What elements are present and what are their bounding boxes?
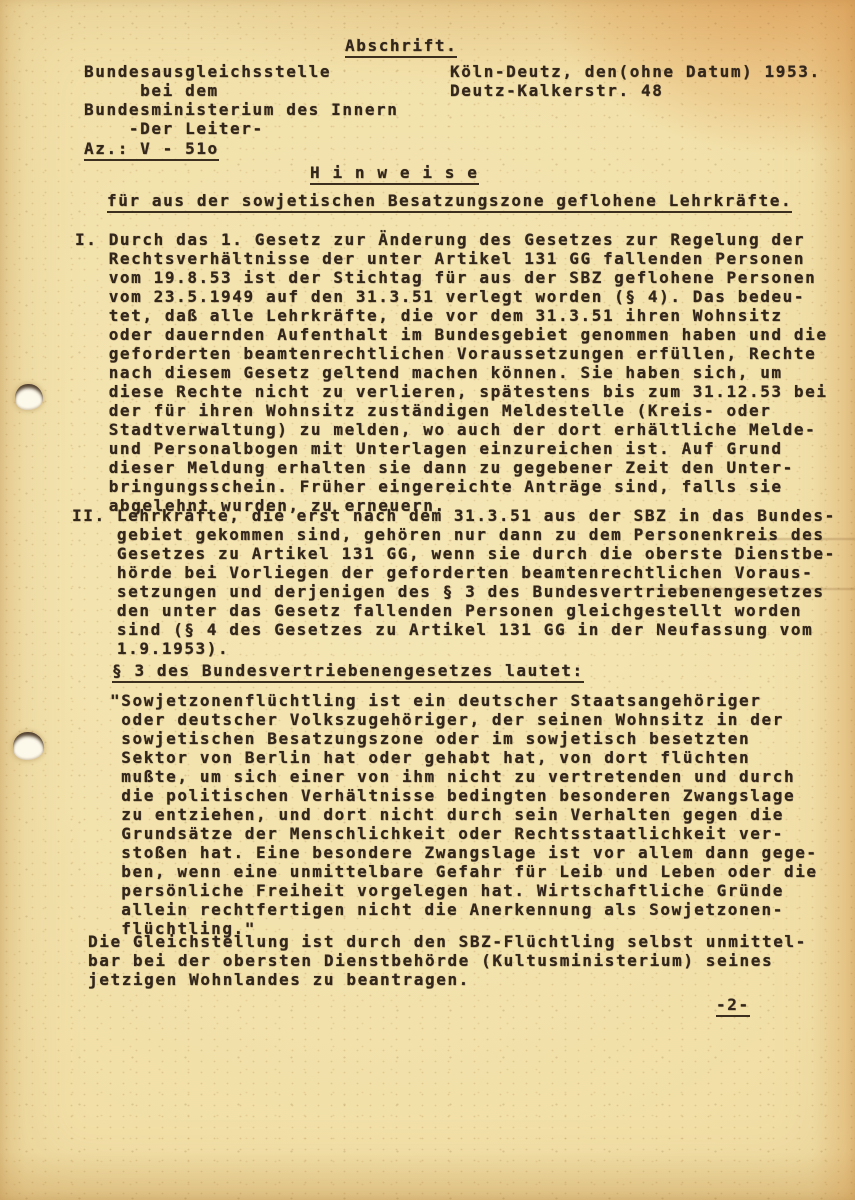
sender-address: Bundesausgleichsstelle bei dem Bundesmin… xyxy=(84,62,399,138)
punch-hole-top xyxy=(15,384,43,410)
file-reference: Az.: V - 51o xyxy=(84,139,219,161)
paper-sheet: Abschrift. Bundesausgleichsstelle bei de… xyxy=(0,0,855,1200)
closing-paragraph: Die Gleichstellung ist durch den SBZ-Flü… xyxy=(88,932,807,989)
section-ii: II. Lehrkräfte, die erst nach dem 31.3.5… xyxy=(72,506,836,658)
place-date: Köln-Deutz, den(ohne Datum) 1953. Deutz-… xyxy=(450,62,821,100)
notice-title: H i n w e i s e xyxy=(310,163,479,185)
section-i: I. Durch das 1. Gesetz zur Änderung des … xyxy=(75,230,828,515)
law-quote: "Sowjetzonenflüchtling ist ein deutscher… xyxy=(110,691,818,938)
page-number: -2- xyxy=(716,995,750,1017)
abschrift-label: Abschrift. xyxy=(345,36,457,58)
notice-subtitle: für aus der sowjetischen Besatzungszone … xyxy=(107,191,792,213)
law-heading: § 3 des Bundesvertriebenengesetzes laute… xyxy=(112,661,584,683)
punch-hole-bottom xyxy=(13,732,44,760)
